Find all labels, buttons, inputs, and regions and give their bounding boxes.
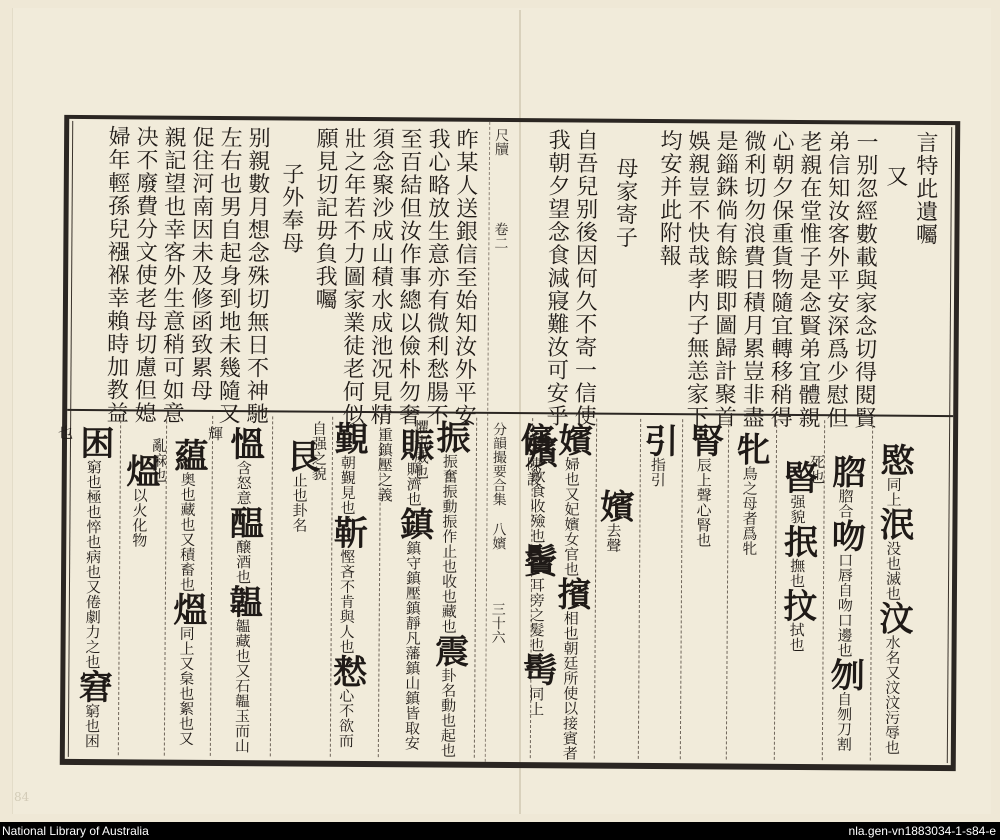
entry-headword: 泯 [873, 507, 913, 541]
entry-gloss: 撫也 [788, 558, 806, 588]
entry-headword: 慍 [224, 426, 264, 460]
letter-column: 我心略放生意亦有微利愁腸不 [421, 127, 451, 407]
printed-frame: 言特此遺囑 又 一别忽經數載與家念切得閱賢 弟信知汝客外平安深爲少慰但 老親在堂… [60, 115, 961, 771]
entry-headword: 擯 [551, 576, 591, 610]
entry-headword: 熅 [120, 453, 160, 487]
entry-headword: 熅 [167, 592, 207, 626]
entry-gloss: 同上 [885, 477, 903, 507]
dictionary-entry: 賑賙濟也鎮鎮守鎮壓鎮靜凡藩鎮山鎮皆取安重鎮壓之義 [374, 427, 433, 761]
book-title: 分韻撮要合集 [491, 422, 508, 506]
dictionary-entry: 殯飲食收殮也鬢耳旁之髮也髩同上 [517, 434, 557, 716]
entry-headword: 刎 [824, 657, 864, 691]
entry-gloss: 慳吝不肯與人也 [338, 549, 357, 654]
entry-headword: 窘 [72, 669, 112, 703]
letter-column: 壯之年若不力圖家業徒老何似 [337, 127, 367, 407]
entry-headword: 振 [430, 419, 470, 453]
letter-heading: 子外奉母 [275, 162, 305, 442]
entry-headword: 抆 [777, 588, 817, 622]
entry-gloss: 没也滅也 [884, 541, 902, 601]
entry-gloss: 振奮振動振作止也收也藏也 [440, 454, 459, 634]
entry-headword: 牝 [730, 432, 770, 466]
entry-headword: 嬪 [593, 489, 633, 523]
entry-headword: 藴 [168, 438, 208, 472]
entry-headword: 汶 [873, 601, 913, 635]
entry-gloss: 含怒意 [235, 460, 253, 505]
entry-headword: 鎮 [393, 506, 433, 540]
entry-gloss: 醸酒也 [234, 539, 252, 584]
letter-column: 言特此遺囑 [909, 131, 939, 411]
entry-gloss: 同上 [527, 686, 545, 716]
margin-mark: 84 [14, 790, 29, 804]
entry-headword: 脗 [826, 454, 866, 488]
entry-gloss: 口唇自吻口邊也 [836, 552, 855, 657]
entry-headword: 慭 [326, 654, 366, 688]
entry-headword: 髩 [516, 652, 556, 686]
entry-headword: 抿 [777, 524, 817, 558]
letter-column: 我朝夕望念食減寢難汝可安乎 [541, 128, 571, 408]
entry-headword: 覲 [328, 421, 368, 455]
library-name: National Library of Australia [2, 822, 149, 840]
letter-column: 昨某人送銀信至始知汝外平安 [449, 128, 479, 408]
letter-column: 弟信知汝客外平安深爲少慰但 [821, 130, 851, 410]
dictionary-entry: 暋强貌抿撫也抆拭也 [778, 460, 817, 652]
dictionary-entry: 牝鳥之母者爲牝 [730, 432, 769, 556]
archive-footer-bar: National Library of Australia nla.gen-vn… [0, 822, 1000, 840]
running-title: 尺牘 [493, 128, 509, 156]
letter-column: 婦年輕孫兒襁褓幸賴時加教益 [101, 125, 131, 405]
entry-gloss: 鳥之母者爲牝 [740, 466, 759, 556]
letter-column: 一别忽經數載與家念切得閱賢 [849, 130, 879, 410]
letter-column: 心朝夕保重貨物隨宜轉移稍得 [765, 130, 795, 410]
entry-headword: 醖 [223, 505, 263, 539]
letter-column: 老親在堂惟子是念賢弟宜體親 [793, 130, 823, 410]
entry-headword: 腎 [684, 423, 724, 457]
item-identifier: nla.gen-vn1883034-1-s84-e [849, 822, 996, 840]
letter-column: 均安并此附報 [653, 129, 683, 409]
letter-column: 微利切勿浪費日積月累豈非盡 [737, 130, 767, 410]
entry-headword: 愍 [874, 443, 914, 477]
letter-column: 促往河南因未及修函致累母 [185, 126, 215, 406]
dictionary-entry: 慍含怒意醖醸酒也韞韞藏也又石韞玉而山輝 [204, 426, 263, 760]
entry-gloss: 脗合 [836, 488, 854, 518]
entry-headword: 困 [74, 425, 114, 459]
entry-headword: 暋 [778, 460, 818, 494]
entry-gloss: 止也卦名 [290, 472, 308, 532]
entry-gloss: 奥也藏也又積畜也 [178, 472, 197, 592]
section-label: 八嬪 [490, 522, 506, 550]
entry-gloss: 水名又汶汶污辱也 [883, 635, 902, 755]
entry-headword: 賑 [394, 427, 434, 461]
entry-gloss: 婦也又妃嬪女官也 [562, 456, 581, 576]
dictionary-entry: 艮止也卦名 [280, 438, 319, 532]
letter-column: 自吾兒别後因何久不寄一信使 [569, 128, 599, 408]
dictionary-entry: 愍同上泯没也滅也汶水名又汶汶污辱也 [873, 443, 913, 755]
letter-heading: 又 [879, 165, 909, 445]
letter-column: 决不廢費分文使老母切慮但媳 [129, 125, 159, 405]
entry-headword: 震 [428, 633, 468, 667]
volume-label: 卷二 [492, 222, 508, 250]
dictionary-entry: 困窮也極也悴也病也又倦劇力之也窘窮也困也 [54, 425, 113, 759]
dictionary-entry: 熅以火化物 [120, 453, 159, 547]
letter-column: 是錙銖倘有餘暇即圖歸計聚首 [709, 129, 739, 409]
entry-gloss: 飲食收殮也 [528, 468, 547, 543]
entry-gloss: 指引 [649, 457, 667, 487]
entry-gloss: 辰上聲心腎也 [694, 457, 713, 547]
letter-column: 願見切記毋負我囑 [309, 127, 339, 407]
entry-headword: 殯 [518, 434, 558, 468]
letter-column: 須念聚沙成山積水成池况見精 [365, 127, 395, 407]
page-number: 三十六 [490, 602, 506, 644]
entry-gloss: 以火化物 [130, 487, 148, 547]
letter-column: 至百結但汝作事總以儉朴勿奢 [393, 127, 423, 407]
entry-gloss: 窮也極也悴也病也又倦劇力之也 [83, 459, 102, 669]
dictionary-entry: 引指引 [639, 423, 677, 487]
letter-column: 别親數月想念殊切無日不神馳 [241, 126, 271, 406]
entry-headword: 韞 [223, 584, 263, 618]
entry-gloss: 拭也 [788, 622, 806, 652]
entry-gloss: 强貌 [788, 494, 806, 524]
letter-column: 親記望也幸客外生意稍可如意 [157, 126, 187, 406]
dictionary-entry: 腎辰上聲心腎也 [684, 423, 723, 547]
entry-gloss: 朝覲見也 [338, 455, 356, 515]
letter-heading: 母家寄子 [609, 157, 639, 437]
rhyme-heading: 嬪去聲 [594, 489, 632, 553]
entry-gloss: 相也朝廷所使以接賓者 [561, 610, 580, 760]
entry-headword: 吻 [825, 518, 865, 552]
entry-gloss: 去聲 [604, 523, 622, 553]
entry-headword: 艮 [280, 438, 320, 472]
entry-headword: 引 [638, 423, 678, 457]
letter-column: 娛親豈不快哉孝内子無恙家下 [681, 129, 711, 409]
entry-gloss: 賙濟也 [405, 461, 423, 506]
letter-column: 左右也男自起身到地未幾隨又 [213, 126, 243, 406]
entry-headword: 靳 [327, 515, 367, 549]
entry-gloss: 耳旁之髮也 [528, 577, 547, 652]
entry-headword: 鬢 [517, 543, 557, 577]
